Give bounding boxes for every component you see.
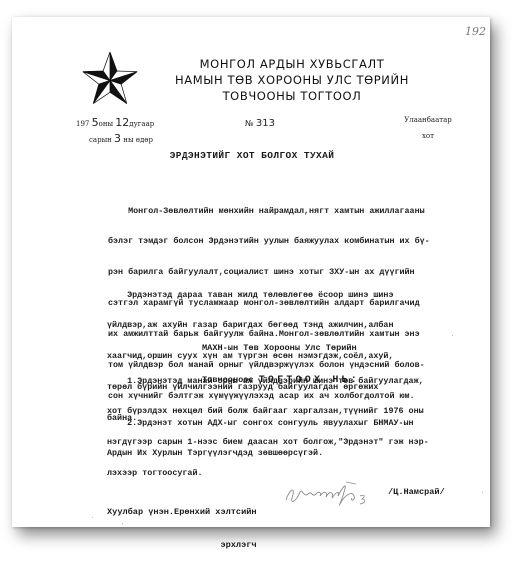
text-line: бэлэг тэмдэг болсон Эрдэнэтийн уулын бая…: [108, 236, 478, 246]
text-line: 1.Эрдэнэтэд манай орны аж үйлдвэрийн шин…: [107, 376, 477, 386]
issuer-header: МОНГОЛ АРДЫН ХУВЬСГАЛТ НАМЫН ТӨВ ХОРООНЫ…: [172, 56, 412, 104]
date-month: 12: [115, 116, 129, 129]
date-year-suffix: оны: [99, 120, 113, 128]
date-day-value: 3: [114, 132, 121, 145]
date-day-suffix: ны өдөр: [123, 136, 153, 144]
document-number: № 313: [245, 118, 275, 129]
five-pointed-star-icon: [78, 47, 142, 109]
date-year-month: 197 5оны 12дугаар: [76, 116, 154, 129]
date-day-prefix: сарын: [89, 136, 112, 144]
text-line: 2.Эрдэнэт хотын АДХ-ыг сонгох сонгууль я…: [107, 418, 477, 428]
paper-speck: [452, 335, 453, 336]
header-line: ТОВЧООНЫ ТОГТООЛ: [172, 88, 412, 104]
number-value: 313: [256, 118, 275, 129]
signatory-role: Хуулбар үнэн.Ерөнхий хэлтсийн эрхлэгч: [107, 485, 257, 569]
header-line: МОНГОЛ АРДЫН ХУВЬСГАЛТ: [172, 56, 412, 72]
date-year-digit: 5: [92, 116, 99, 129]
document-page: 192 МОНГОЛ АРДЫН ХУВЬСГАЛТ НАМЫН ТӨВ ХОР…: [12, 17, 490, 527]
text-line: Эрдэнэтэд дараа таван жилд төлөвлөгөө ёс…: [107, 290, 477, 300]
signatory-role-line: эрхлэгч: [107, 540, 257, 551]
city-name: Улаанбаатар: [398, 112, 458, 128]
signatory-name: /Ц.Намсрай/: [388, 487, 445, 497]
city-suffix: хот: [398, 128, 458, 144]
text-line: Ардын Их Хурлын Тэргүүлэгчдэд зөвшөөрсүг…: [107, 448, 477, 458]
text-line: Монгол-Зөвлөлтийн мөнхийн найрамдал,нягт…: [108, 206, 478, 216]
signatory-role-line: Хуулбар үнэн.Ерөнхий хэлтсийн: [107, 507, 257, 518]
paper-speck: [262, 121, 263, 122]
resolution-heading-line: МАХН-ын Төв Хорооны Улс Төрийн: [202, 343, 360, 354]
date-year-prefix: 197: [76, 120, 89, 128]
handwritten-page-number: 192: [465, 25, 486, 38]
paper-speck: [92, 517, 93, 518]
city-block: Улаанбаатар хот: [398, 112, 458, 144]
resolution-item: 2.Эрдэнэт хотын АДХ-ыг сонгох сонгууль я…: [107, 397, 477, 479]
header-line: НАМЫН ТӨВ ХОРООНЫ УЛС ТӨРИЙН: [172, 72, 412, 88]
handwritten-signature: [282, 478, 377, 510]
paper-speck: [122, 523, 123, 524]
date-month-suffix: дугаар: [129, 120, 154, 128]
number-label: №: [245, 119, 253, 128]
document-title: ЭРДЭНЭТИЙГ ХОТ БОЛГОХ ТУХАЙ: [72, 150, 432, 161]
paper-speck: [482, 492, 483, 493]
date-day: сарын 3 ны өдөр: [89, 132, 153, 145]
